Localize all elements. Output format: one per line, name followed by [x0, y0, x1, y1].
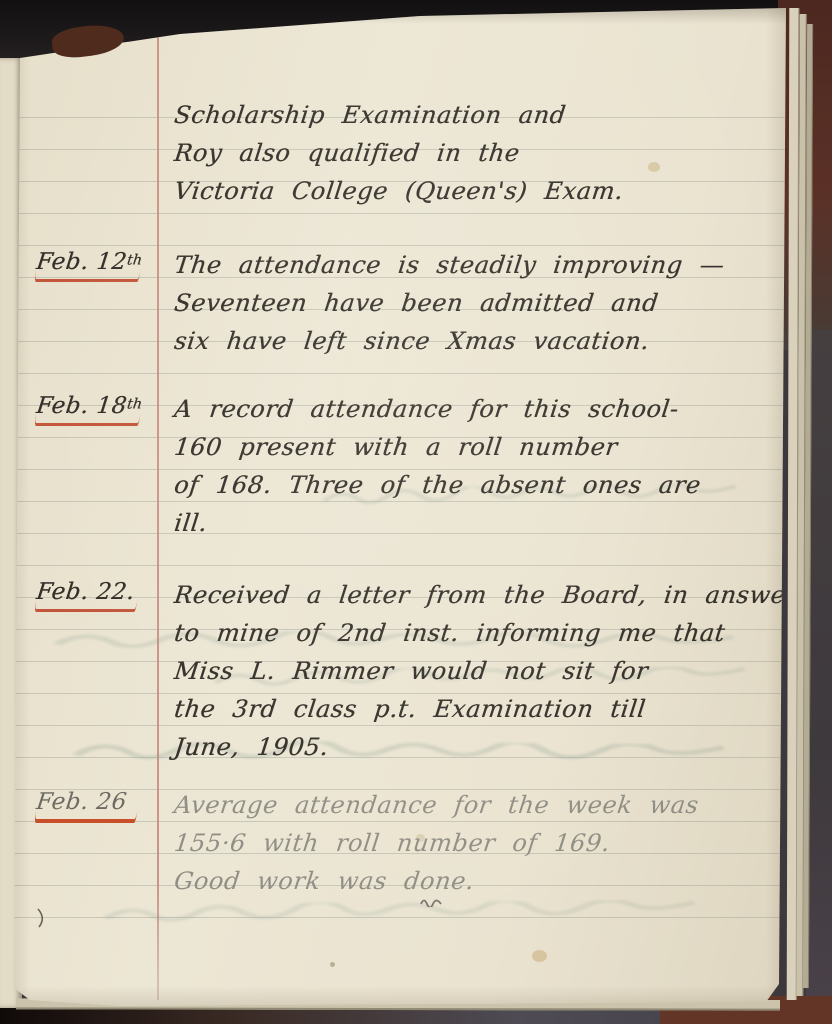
entry-line: Seventeen have been admitted and: [172, 284, 727, 322]
photographed-logbook-page: Scholarship Examination and Roy also qua…: [0, 0, 832, 1024]
entry-date: Feb. 12th: [34, 249, 143, 282]
paper-stain: [330, 962, 335, 967]
entry-line: ill.: [172, 504, 703, 542]
entry-line: Scholarship Examination and: [172, 96, 626, 134]
entry-date: Feb. 22.: [34, 579, 140, 612]
entry-line: 155·6 with roll number of 169.: [172, 824, 701, 862]
entry-line: The attendance is steadily improving —: [172, 246, 727, 284]
red-margin-line: [157, 20, 159, 1000]
entry-line: Average attendance for the week was: [172, 786, 701, 824]
entry-line: to mine of 2nd inst. informing me that: [172, 614, 800, 652]
entry-line: Good work was done.: [172, 862, 701, 900]
paper-stain: [648, 162, 660, 172]
journal-page: Scholarship Examination and Roy also qua…: [0, 0, 800, 1012]
entry-line: Received a letter from the Board, in ans…: [172, 576, 800, 614]
entry-line: June, 1905.: [172, 728, 800, 766]
entry-line: Roy also qualified in the: [172, 134, 626, 172]
entry-date: Feb. 26: [34, 789, 140, 823]
bleed-through-writing: [100, 900, 700, 928]
entry-line: six have left since Xmas vacation.: [172, 322, 727, 360]
entry-line: Victoria College (Queen's) Exam.: [172, 172, 626, 210]
entry-line: Miss L. Rimmer would not sit for: [172, 652, 800, 690]
entry-date: Feb. 18th: [34, 393, 143, 426]
entry-line: 160 present with a roll number: [172, 428, 703, 466]
paper-stain: [532, 950, 547, 962]
entry-line: A record attendance for this school-: [172, 390, 703, 428]
pen-mark: [36, 908, 46, 932]
entry-line: the 3rd class p.t. Examination till: [172, 690, 800, 728]
entry-line: of 168. Three of the absent ones are: [172, 466, 703, 504]
